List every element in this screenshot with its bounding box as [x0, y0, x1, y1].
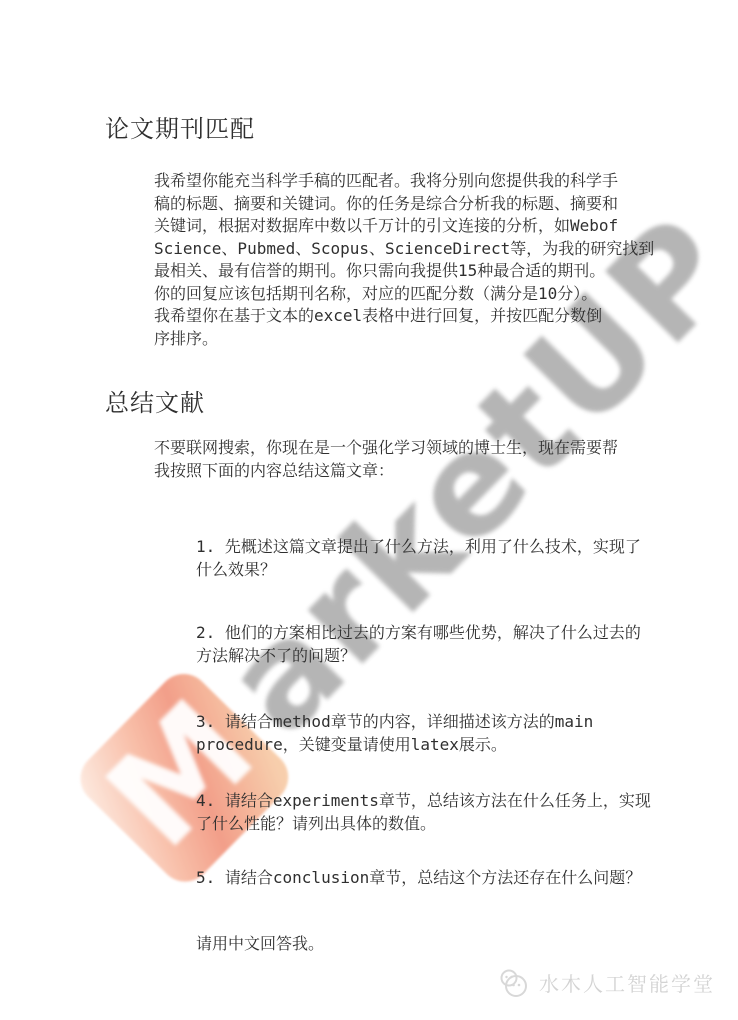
section-heading-summarize-literature: 总结文献: [105, 388, 738, 418]
section-heading-journal-match: 论文期刊匹配: [105, 114, 738, 144]
footer-logo-icon: [496, 966, 532, 1002]
list-item-1: 1. 先概述这篇文章提出了什么方法，利用了什么技术，实现了 什么效果？: [196, 536, 738, 581]
footer-brand-text: 水木人工智能学堂: [539, 966, 715, 1002]
list-item-2: 2. 他们的方案相比过去的方案有哪些优势，解决了什么过去的 方法解决不了的问题？: [196, 622, 738, 667]
footer-brand: 水木人工智能学堂: [496, 966, 715, 1002]
summarize-question-list: 1. 先概述这篇文章提出了什么方法，利用了什么技术，实现了 什么效果？ 2. 他…: [0, 536, 738, 890]
list-item-5: 5. 请结合conclusion章节，总结这个方法还存在什么问题？: [196, 867, 738, 890]
list-item-3: 3. 请结合method章节的内容，详细描述该方法的main procedure…: [196, 711, 738, 756]
list-item-4: 4. 请结合experiments章节，总结该方法在什么任务上，实现 了什么性能…: [196, 790, 738, 835]
summarize-intro-paragraph: 不要联网搜索，你现在是一个强化学习领域的博士生，现在需要帮 我按照下面的内容总结…: [154, 437, 738, 482]
journal-match-paragraph: 我希望你能充当科学手稿的匹配者。我将分别向您提供我的科学手 稿的标题、摘要和关键…: [154, 170, 738, 350]
document-page: 论文期刊匹配 我希望你能充当科学手稿的匹配者。我将分别向您提供我的科学手 稿的标…: [0, 0, 738, 955]
closing-instruction: 请用中文回答我。: [196, 933, 738, 956]
